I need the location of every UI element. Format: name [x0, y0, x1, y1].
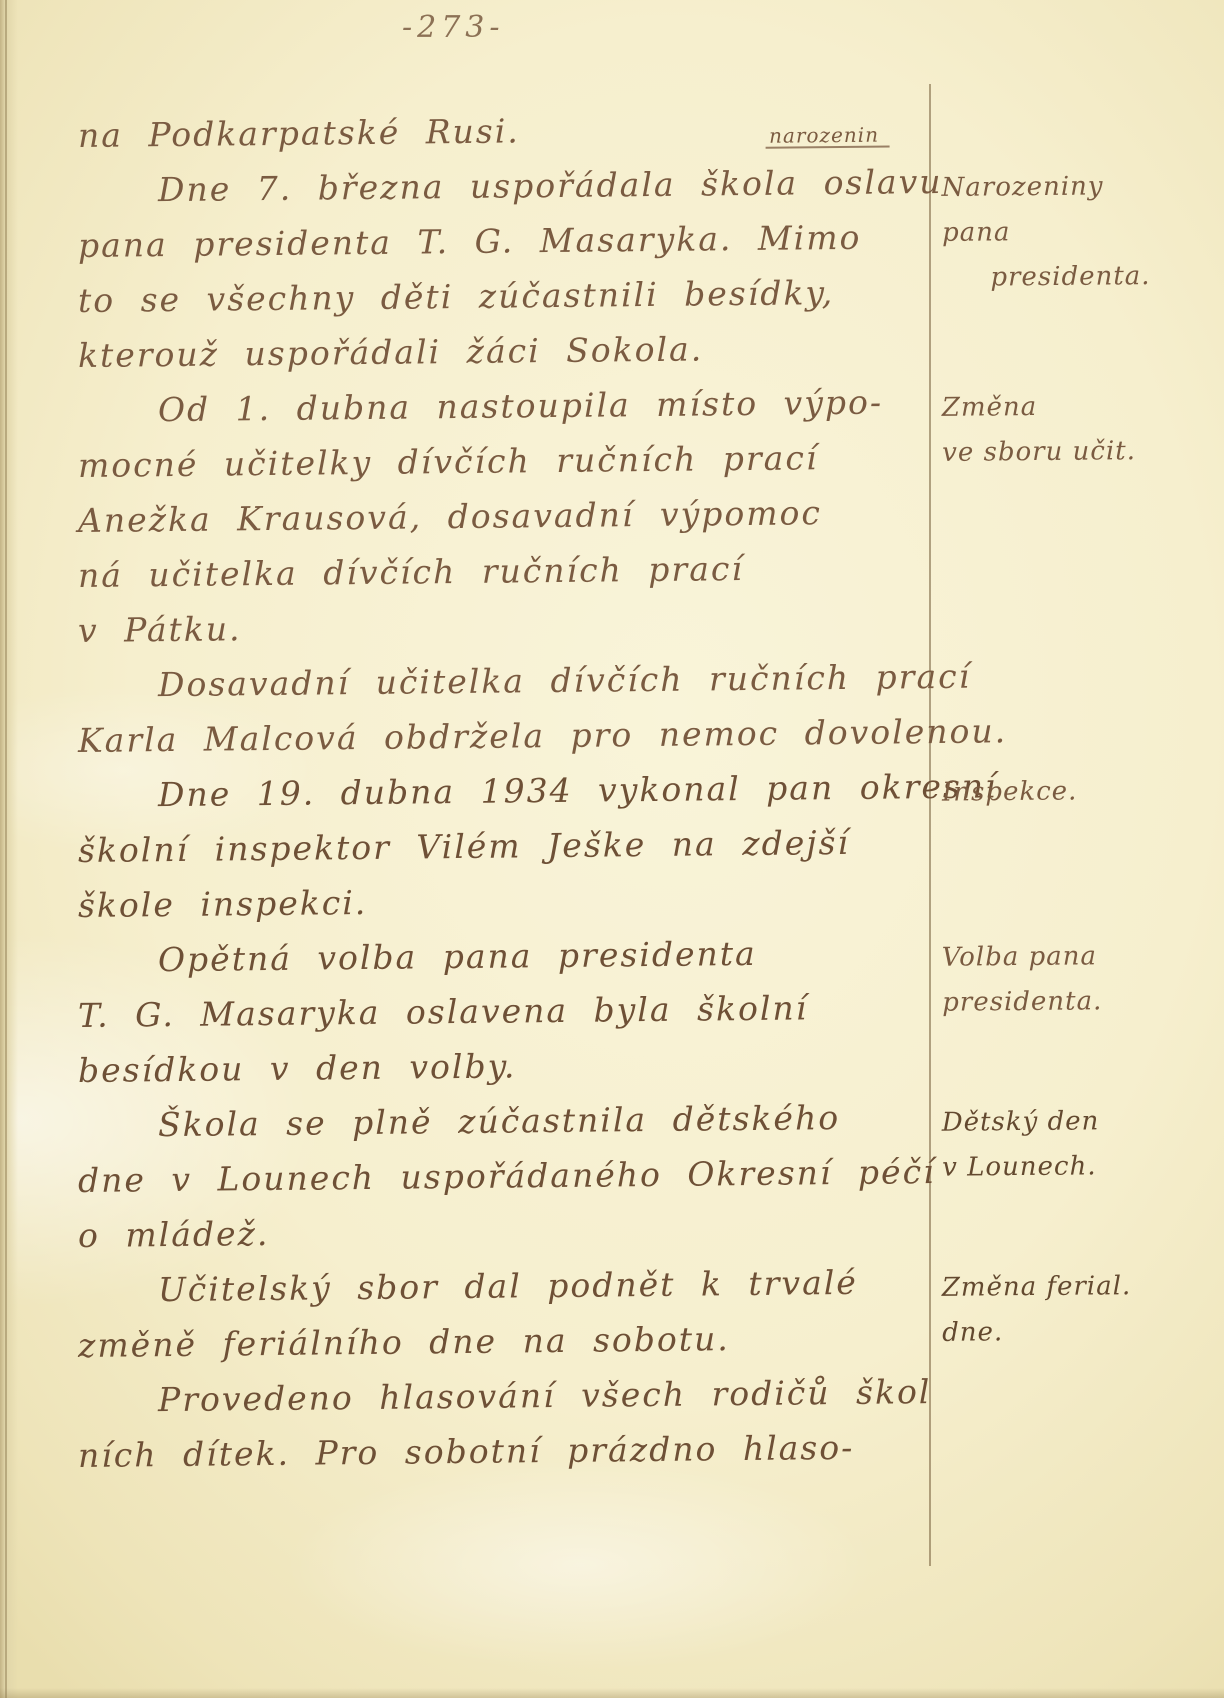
page-binding-edge [0, 0, 18, 1698]
handwritten-line: Škola se plně zúčastnila dětského [78, 1089, 933, 1153]
margin-note-line: Volba pana [942, 934, 1102, 980]
page-number: -273- [402, 10, 505, 45]
handwritten-line: škole inspekci. [78, 869, 933, 933]
margin-note-line: Dětský den [942, 1099, 1100, 1145]
margin-note-line: Inspekce. [942, 769, 1078, 815]
insertion-anchor: narozeninoslavu [823, 154, 943, 210]
margin-note: Narozeninypanapresidenta. [941, 164, 1150, 301]
margin-note-line: v Lounech. [942, 1144, 1100, 1190]
handwritten-line: mocné učitelky dívčích ručních prací [78, 429, 933, 493]
handwritten-line: Opětná volba pana presidenta [78, 924, 933, 988]
main-text-column: na Podkarpatské Rusi.Dne 7. března uspoř… [78, 108, 932, 1483]
inserted-word-above-line: narozenin [765, 125, 889, 149]
chronicle-page: -273- na Podkarpatské Rusi.Dne 7. března… [0, 0, 1224, 1698]
handwritten-line: Učitelský sbor dal podnět k trvalé [78, 1254, 933, 1318]
handwritten-line: ná učitelka dívčích ručních prací [78, 539, 933, 603]
handwritten-line: Dosavadní učitelka dívčích ručních prací [78, 649, 933, 713]
page-bottom-edge [0, 1688, 1224, 1698]
handwritten-line: to se všechny děti zúčastnili besídky, [78, 264, 933, 328]
margin-note-line: ve sboru učit. [942, 429, 1136, 476]
margin-note-line: pana [942, 209, 1150, 256]
margin-note: Volba panapresidenta. [942, 934, 1103, 1025]
margin-note: Změna ferial.dne. [942, 1264, 1132, 1356]
handwritten-line: besídkou v den volby. [78, 1034, 933, 1098]
handwritten-line: Dne 7. března uspořádala škola narozenin… [78, 154, 933, 218]
margin-note: Dětský denv Lounech. [942, 1099, 1100, 1190]
line-text: Dne 7. března uspořádala škola [158, 163, 824, 209]
handwritten-line: kterouž uspořádali žáci Sokola. [78, 319, 933, 383]
handwritten-line: Dne 19. dubna 1934 vykonal pan okresní [78, 759, 933, 823]
margin-note-line: dne. [942, 1309, 1132, 1356]
line-text: oslavu [823, 162, 942, 202]
handwritten-line: Provedeno hlasování všech rodičů škol [78, 1364, 933, 1428]
handwritten-line: v Pátku. [78, 594, 933, 658]
handwritten-line: dne v Lounech uspořádaného Okresní péčí [78, 1144, 933, 1208]
margin-note: Inspekce. [942, 769, 1078, 815]
margin-note-line: Změna ferial. [942, 1264, 1132, 1311]
handwritten-line: Karla Malcová obdržela pro nemoc dovolen… [78, 704, 933, 768]
margin-note-line: presidenta. [942, 979, 1102, 1025]
handwritten-line: změně feriálního dne na sobotu. [78, 1309, 933, 1373]
handwritten-line: Od 1. dubna nastoupila místo výpo- [78, 374, 933, 438]
handwritten-line: školní inspektor Vilém Ješke na zdejší [78, 814, 933, 878]
handwritten-line: ních dítek. Pro sobotní prázdno hlaso- [78, 1419, 933, 1483]
handwritten-line: Anežka Krausová, dosavadní výpomoc [78, 484, 933, 548]
margin-note: Změnave sboru učit. [942, 384, 1137, 476]
margin-note-line: Změna [942, 384, 1136, 431]
handwritten-line: o mládež. [78, 1199, 933, 1263]
handwritten-line: pana presidenta T. G. Masaryka. Mimo [78, 209, 933, 273]
margin-note-line: Narozeniny [941, 164, 1149, 211]
margin-note-line: presidenta. [942, 254, 1150, 301]
handwritten-line: T. G. Masaryka oslavena byla školní [78, 979, 933, 1043]
page-edge-line [5, 0, 7, 1698]
